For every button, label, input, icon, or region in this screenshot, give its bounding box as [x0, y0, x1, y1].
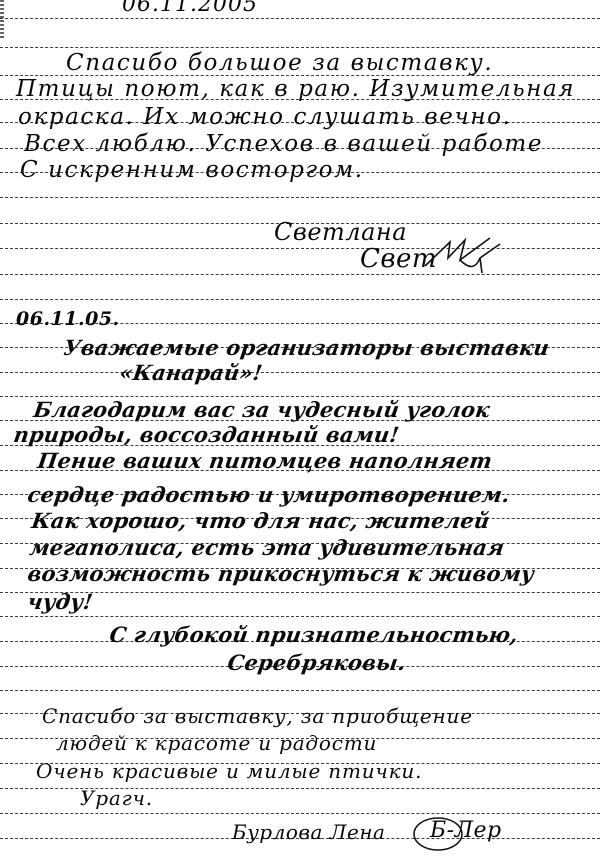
- entry-1-line-1: Спасибо большое за выставку.: [66, 50, 493, 76]
- entry-3-line-2: людей к красоте и радости: [56, 731, 377, 755]
- entry-1-line-5: С искренним восторгом.: [20, 157, 364, 183]
- entry-2-line-1: Уважаемые организаторы выставки: [62, 335, 551, 360]
- entry-3-line-3: Очень красивые и милые птички.: [36, 759, 422, 783]
- entry-3-line-4: Урагч.: [80, 786, 153, 810]
- guestbook-page: 06.11.2005 Спасибо большое за выставку. …: [0, 0, 600, 861]
- entry-3-signature-scrawl: Б-Лер: [430, 818, 502, 843]
- ruled-line: [0, 18, 600, 19]
- entry-2-line-9: возможность прикоснуться к живому: [26, 561, 536, 586]
- entry-2-line-6: сердце радостью и умиротворением.: [26, 482, 512, 507]
- entry-1-line-2: Птицы поют, как в раю. Изумительная: [16, 76, 575, 102]
- ruled-line: [0, 47, 600, 48]
- ruled-line: [0, 616, 600, 617]
- entry-1-line-4: Всех люблю. Успехов в вашей работе: [24, 131, 543, 157]
- entry-2-line-7: Как хорошо, что для нас, жителей: [30, 508, 491, 533]
- scan-edge-artifact: [0, 0, 4, 40]
- entry-2-closing: С глубокой признательностью,: [108, 622, 520, 647]
- entry-2-line-4: природы, воссозданный вами!: [12, 422, 401, 447]
- entry-2-date: 06.11.05.: [16, 308, 120, 330]
- ruled-line: [0, 690, 600, 691]
- entry-2-line-3: Благодарим вас за чудесный уголок: [32, 397, 492, 422]
- entry-2-line-10: чуду!: [26, 589, 94, 614]
- entry-1-line-3: окраска. Их можно слушать вечно.: [18, 104, 512, 130]
- entry-2-line-8: мегаполиса, есть эта удивительная: [28, 535, 506, 560]
- ruled-line: [0, 372, 600, 373]
- entry-3-signature-name: Бурлова Лена: [232, 820, 385, 844]
- ruled-line: [0, 299, 600, 300]
- signature-flourish-icon: [420, 228, 520, 278]
- entry-1-date: 06.11.2005: [122, 0, 258, 17]
- ruled-line: [0, 197, 600, 198]
- entry-3-line-1: Спасибо за выставку, за приобщение: [42, 704, 473, 728]
- entry-1-signature-name: Светлана: [274, 218, 407, 246]
- entry-2-signature: Серебряковы.: [226, 650, 407, 675]
- entry-2-line-2: «Канарай»!: [118, 360, 264, 385]
- entry-2-line-5: Пение ваших питомцев наполняет: [36, 448, 494, 473]
